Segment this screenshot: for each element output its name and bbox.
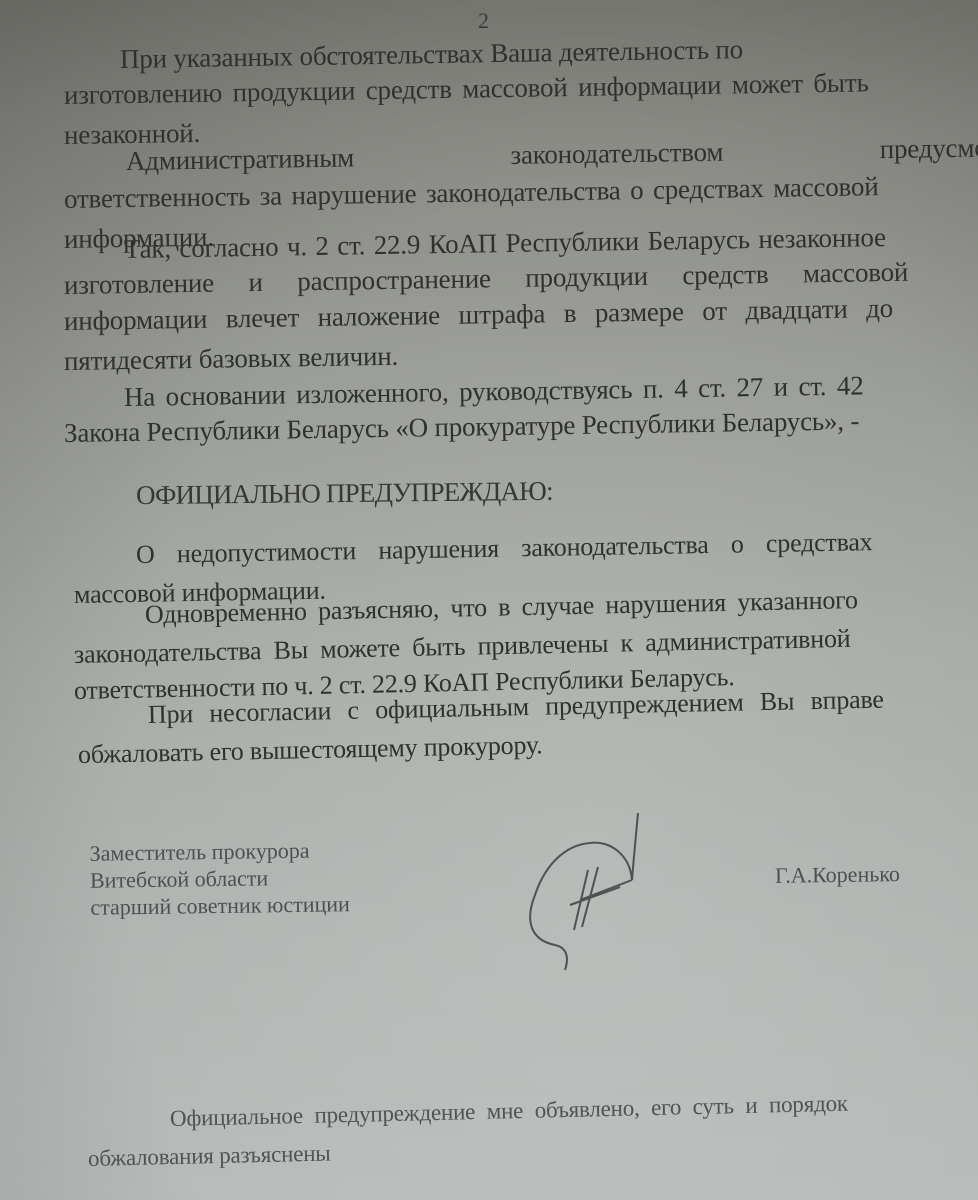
text-fragment: Официальное предупреждение мне объявлено… (170, 1091, 848, 1131)
warning-3-line-2: обжаловать его вышестоящему прокурору. (78, 730, 543, 770)
text-fragment: обжалования разъяснены (88, 1140, 331, 1170)
handwritten-signature (510, 805, 670, 975)
paragraph-3-line-4: пятидесяти базовых величин. (64, 341, 399, 377)
paragraph-2-line-2: ответственность за нарушение законодател… (64, 171, 879, 215)
signatory-position-line: старший советник юстиции (90, 890, 350, 921)
text-fragment: Административным законодательством преду… (126, 131, 978, 176)
text-fragment: Так, согласно ч. 2 ст. 22.9 КоАП Республ… (124, 222, 886, 264)
text-fragment: О недопустимости нарушения законодательс… (136, 527, 873, 569)
paragraph-3-line-3: информации влечет наложение штрафа в раз… (64, 293, 893, 337)
page-number: 2 (478, 8, 489, 34)
text-fragment: ответственность за нарушение законодател… (64, 171, 879, 214)
paragraph-2-line-1: Административным законодательством преду… (126, 131, 978, 177)
text-fragment: пятидесяти базовых величин. (64, 341, 399, 376)
text-fragment: обжаловать его вышестоящему прокурору. (78, 730, 543, 769)
signatory-position: Заместитель прокурора Витебской области … (89, 836, 350, 921)
acknowledgement-line-2: обжалования разъяснены (88, 1140, 331, 1171)
text-fragment: На основании изложенного, руководствуясь… (124, 370, 864, 412)
signatory-position-line: Витебской области (90, 863, 350, 894)
signatory-name: Г.А.Коренько (775, 861, 900, 889)
signatory-position-line: Заместитель прокурора (89, 836, 349, 867)
text-fragment: информации влечет наложение штрафа в раз… (64, 293, 893, 336)
acknowledgement-line-1: Официальное предупреждение мне объявлено… (170, 1091, 848, 1132)
text-fragment: При указанных обстоятельствах Ваша деяте… (120, 34, 743, 75)
warning-heading: ОФИЦИАЛЬНО ПРЕДУПРЕЖДАЮ: (136, 476, 553, 511)
warning-1-line-1: О недопустимости нарушения законодательс… (136, 527, 873, 570)
